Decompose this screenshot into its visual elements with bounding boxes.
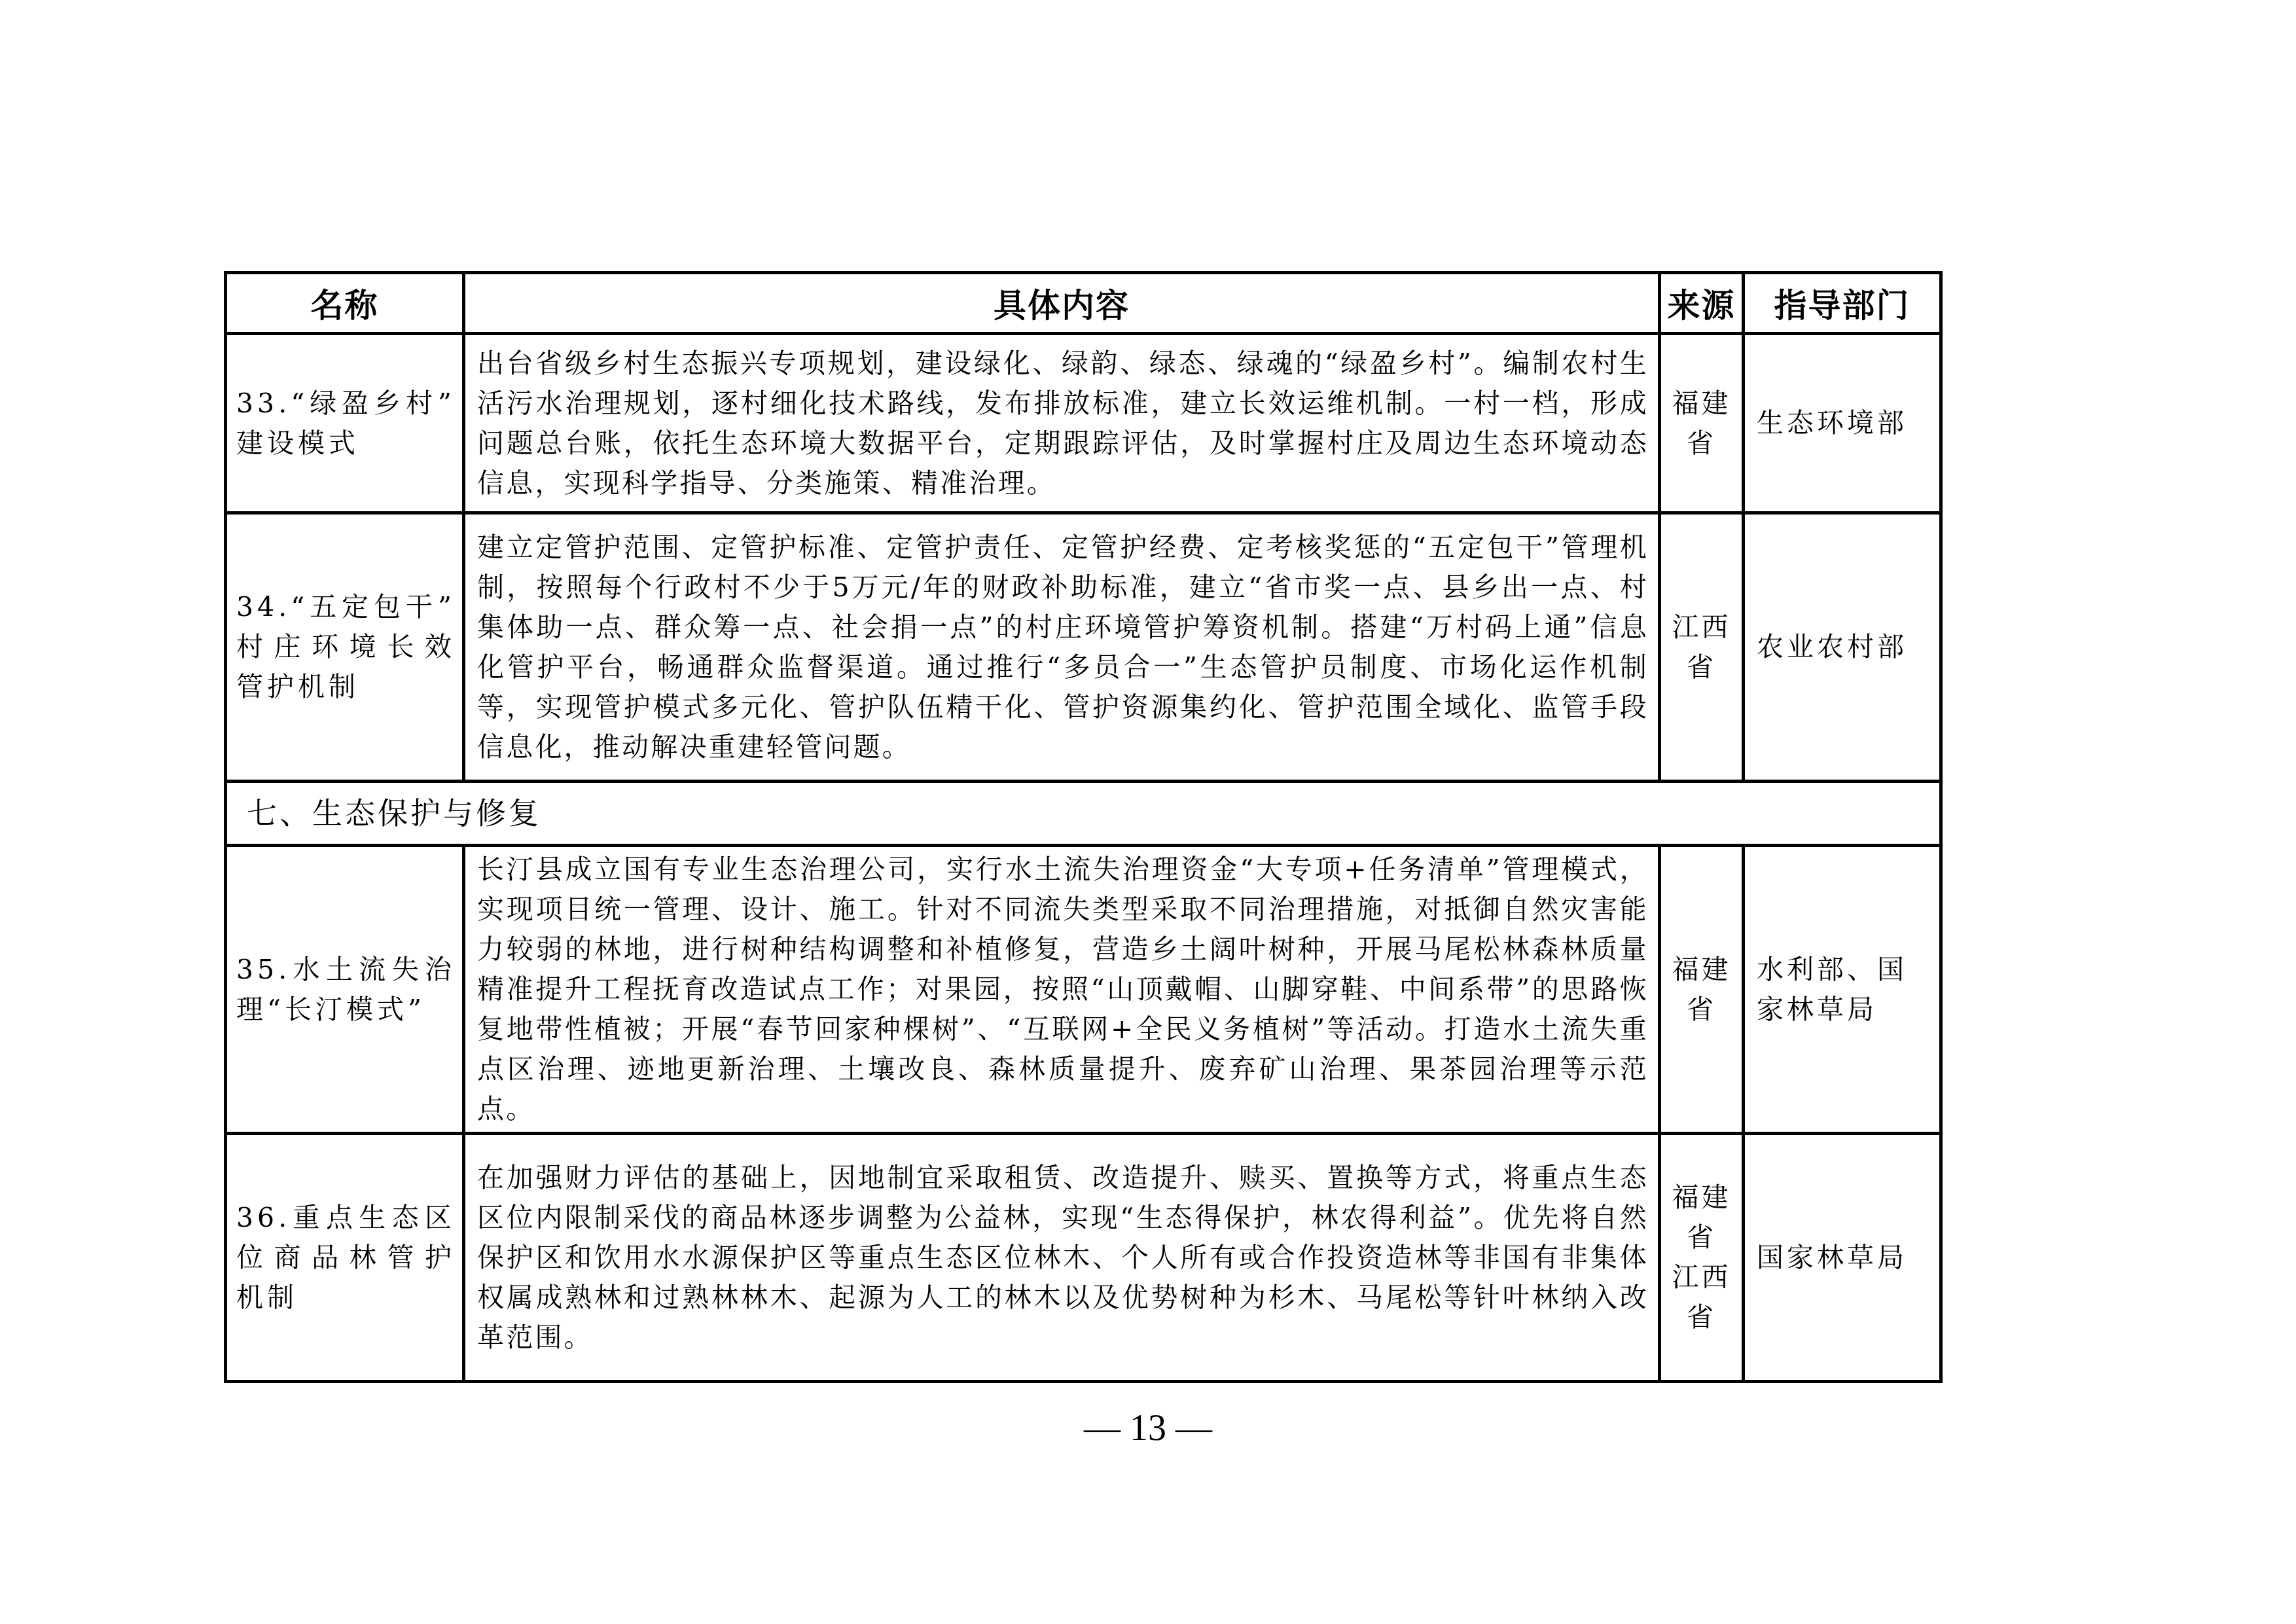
document-page: 名称 具体内容 来源 指导部门 33.“绿盈乡村” 建设模式 出台省级乡村生态振… bbox=[0, 0, 2296, 1624]
item-name-line: 理“长汀模式” bbox=[236, 990, 456, 1030]
item-source-line: 福建省 bbox=[1661, 384, 1742, 463]
table-row: 35.水土流失治 理“长汀模式” 长汀县成立国有专业生态治理公司，实行水土流失治… bbox=[226, 846, 1941, 1134]
item-source-cell: 福建省 bbox=[1660, 846, 1744, 1134]
header-name: 名称 bbox=[226, 273, 464, 334]
item-name-cell: 34.“五定包干” 村庄环境长效 管护机制 bbox=[226, 513, 464, 782]
item-name-line: 村庄环境长效 bbox=[236, 627, 456, 667]
item-name-line: 管护机制 bbox=[236, 667, 456, 707]
item-department-cell: 农业农村部 bbox=[1744, 513, 1941, 782]
header-source: 来源 bbox=[1660, 273, 1744, 334]
item-content-cell: 在加强财力评估的基础上，因地制宜采取租赁、改造提升、赎买、置换等方式，将重点生态… bbox=[464, 1134, 1660, 1382]
item-department-cell: 国家林草局 bbox=[1744, 1134, 1941, 1382]
item-source-cell: 福建省 江西省 bbox=[1660, 1134, 1744, 1382]
item-source-line: 江西省 bbox=[1661, 607, 1742, 687]
section-title: 七、生态保护与修复 bbox=[226, 782, 1941, 846]
item-name-line: 机制 bbox=[236, 1278, 456, 1318]
item-source-line: 福建省 bbox=[1661, 950, 1742, 1030]
item-name-line: 36.重点生态区 bbox=[236, 1198, 456, 1238]
item-department-cell: 生态环境部 bbox=[1744, 334, 1941, 513]
item-name-line: 33.“绿盈乡村” bbox=[236, 384, 456, 424]
header-department: 指导部门 bbox=[1744, 273, 1941, 334]
item-name-line: 建设模式 bbox=[236, 424, 456, 463]
item-name-line: 35.水土流失治 bbox=[236, 950, 456, 990]
header-content: 具体内容 bbox=[464, 273, 1660, 334]
item-source-cell: 江西省 bbox=[1660, 513, 1744, 782]
table-row: 34.“五定包干” 村庄环境长效 管护机制 建立定管护范围、定管护标准、定管护责… bbox=[226, 513, 1941, 782]
page-number: — 13 — bbox=[0, 1407, 2296, 1449]
table-row: 36.重点生态区 位商品林管护 机制 在加强财力评估的基础上，因地制宜采取租赁、… bbox=[226, 1134, 1941, 1382]
item-name-cell: 35.水土流失治 理“长汀模式” bbox=[226, 846, 464, 1134]
section-row: 七、生态保护与修复 bbox=[226, 782, 1941, 846]
item-content-cell: 长汀县成立国有专业生态治理公司，实行水土流失治理资金“大专项+任务清单”管理模式… bbox=[464, 846, 1660, 1134]
item-source-line: 江西省 bbox=[1661, 1257, 1742, 1337]
measures-table: 名称 具体内容 来源 指导部门 33.“绿盈乡村” 建设模式 出台省级乡村生态振… bbox=[224, 271, 1943, 1383]
item-content-cell: 出台省级乡村生态振兴专项规划，建设绿化、绿韵、绿态、绿魂的“绿盈乡村”。编制农村… bbox=[464, 334, 1660, 513]
item-source-line: 福建省 bbox=[1661, 1178, 1742, 1257]
item-name-cell: 36.重点生态区 位商品林管护 机制 bbox=[226, 1134, 464, 1382]
table-header-row: 名称 具体内容 来源 指导部门 bbox=[226, 273, 1941, 334]
item-name-cell: 33.“绿盈乡村” 建设模式 bbox=[226, 334, 464, 513]
table-row: 33.“绿盈乡村” 建设模式 出台省级乡村生态振兴专项规划，建设绿化、绿韵、绿态… bbox=[226, 334, 1941, 513]
item-source-cell: 福建省 bbox=[1660, 334, 1744, 513]
item-name-line: 34.“五定包干” bbox=[236, 587, 456, 627]
item-department-cell: 水利部、国家林草局 bbox=[1744, 846, 1941, 1134]
item-content-cell: 建立定管护范围、定管护标准、定管护责任、定管护经费、定考核奖惩的“五定包干”管理… bbox=[464, 513, 1660, 782]
item-name-line: 位商品林管护 bbox=[236, 1238, 456, 1278]
